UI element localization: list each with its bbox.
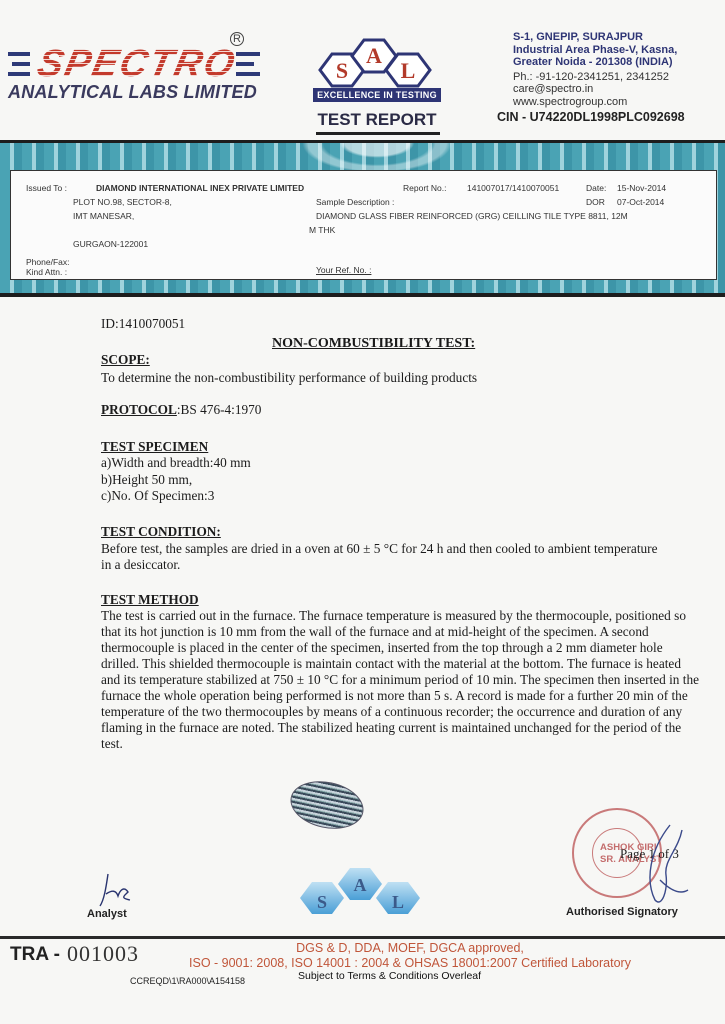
approvals-line-1: DGS & D, DDA, MOEF, DGCA approved, (175, 941, 645, 956)
report-no-label: Report No.: (403, 183, 446, 193)
cin-number: CIN - U74220DL1998PLC092698 (497, 110, 685, 124)
date-value: 15-Nov-2014 (617, 183, 666, 193)
test-title: NON-COMBUSTIBILITY TEST: (272, 336, 475, 352)
sal-watermark-logo: S A L (296, 860, 436, 924)
your-ref-label: Your Ref. No. : (316, 265, 371, 275)
sal-tagline: EXCELLENCE IN TESTING (313, 88, 441, 102)
reference-code: CCREQD\1\RA000\A154158 (130, 976, 245, 986)
dor-label: DOR (586, 197, 605, 207)
brand-word: SPECTRO (34, 44, 240, 84)
tra-number: 001003 (67, 941, 139, 967)
protocol-value: :BS 476-4:1970 (177, 402, 262, 417)
report-id: ID:1410070051 (101, 316, 185, 332)
approvals-line-2: ISO - 9001: 2008, ISO 14001 : 2004 & OHS… (175, 956, 645, 971)
sal-letter-a: A (366, 43, 382, 68)
registered-mark-icon: R (230, 32, 244, 46)
approvals: DGS & D, DDA, MOEF, DGCA approved, ISO -… (175, 941, 645, 971)
date-label: Date: (586, 183, 606, 193)
specimen-item: b)Height 50 mm, (101, 472, 192, 488)
address-line: GURGAON-122001 (73, 239, 148, 249)
kind-attn-label: Kind Attn. : (26, 267, 67, 277)
sample-description-line-1: DIAMOND GLASS FIBER REINFORCED (GRG) CEI… (316, 211, 628, 221)
title-underline (316, 132, 440, 135)
issued-to-name: DIAMOND INTERNATIONAL INEX PRIVATE LIMIT… (96, 183, 304, 193)
issued-to-label: Issued To : (26, 183, 67, 193)
report-info-box: Issued To : DIAMOND INTERNATIONAL INEX P… (10, 170, 717, 280)
logo-dash (12, 62, 30, 66)
phone-fax-label: Phone/Fax: (26, 257, 69, 267)
logo-dash (236, 52, 260, 56)
report-no: 141007017/1410070051 (467, 183, 559, 193)
sample-description-line-2: M THK (309, 225, 335, 235)
phone: Ph.: -91-120-2341251, 2341252 (513, 71, 677, 84)
dor-value: 07-Oct-2014 (617, 197, 664, 207)
method-text: The test is carried out in the furnace. … (101, 608, 701, 752)
specimen-heading: TEST SPECIMEN (101, 439, 208, 455)
analyst-label: Analyst (87, 908, 127, 920)
authorised-signatory-label: Authorised Signatory (566, 906, 678, 918)
scope-heading: SCOPE: (101, 352, 150, 368)
terms-note: Subject to Terms & Conditions Overleaf (298, 970, 481, 982)
analyst-signature-icon (94, 870, 134, 910)
logo-dash (8, 72, 30, 76)
protocol-heading: PROTOCOL (101, 402, 177, 417)
address-line: IMT MANESAR, (73, 211, 134, 221)
specimen-item: c)No. Of Specimen:3 (101, 488, 214, 504)
condition-text: Before test, the samples are dried in a … (101, 541, 661, 573)
address-line-3: Greater Noida - 201308 (INDIA) (513, 56, 677, 69)
company-address: S-1, GNEPIP, SURAJPUR Industrial Area Ph… (513, 31, 677, 109)
logo-dash (236, 72, 260, 76)
authorised-signature-icon (640, 820, 690, 910)
scope-text: To determine the non-combustibility perf… (101, 370, 701, 386)
address-line: PLOT NO.98, SECTOR-8, (73, 197, 172, 207)
brand-subtitle: ANALYTICAL LABS LIMITED (8, 82, 257, 103)
email: care@spectro.in (513, 83, 677, 96)
tra-label: TRA - (10, 944, 60, 966)
website: www.spectrogroup.com (513, 96, 677, 109)
sample-description-label: Sample Description : (316, 197, 394, 207)
specimen-item: a)Width and breadth:40 mm (101, 455, 251, 471)
method-heading: TEST METHOD (101, 592, 199, 608)
svg-text:S: S (317, 892, 327, 912)
hologram-seal-icon (286, 775, 368, 835)
logo-dash (236, 62, 254, 66)
protocol-line: PROTOCOL:BS 476-4:1970 (101, 402, 261, 418)
address-line-2: Industrial Area Phase-V, Kasna, (513, 44, 677, 57)
logo-dash (8, 52, 30, 56)
condition-heading: TEST CONDITION: (101, 524, 221, 540)
footer-divider (0, 936, 725, 939)
svg-text:A: A (354, 875, 367, 895)
doc-type-title: TEST REPORT (314, 110, 440, 130)
address-line-1: S-1, GNEPIP, SURAJPUR (513, 31, 677, 44)
svg-text:L: L (392, 892, 404, 912)
sal-letter-l: L (401, 58, 416, 83)
sal-letter-s: S (336, 58, 348, 83)
